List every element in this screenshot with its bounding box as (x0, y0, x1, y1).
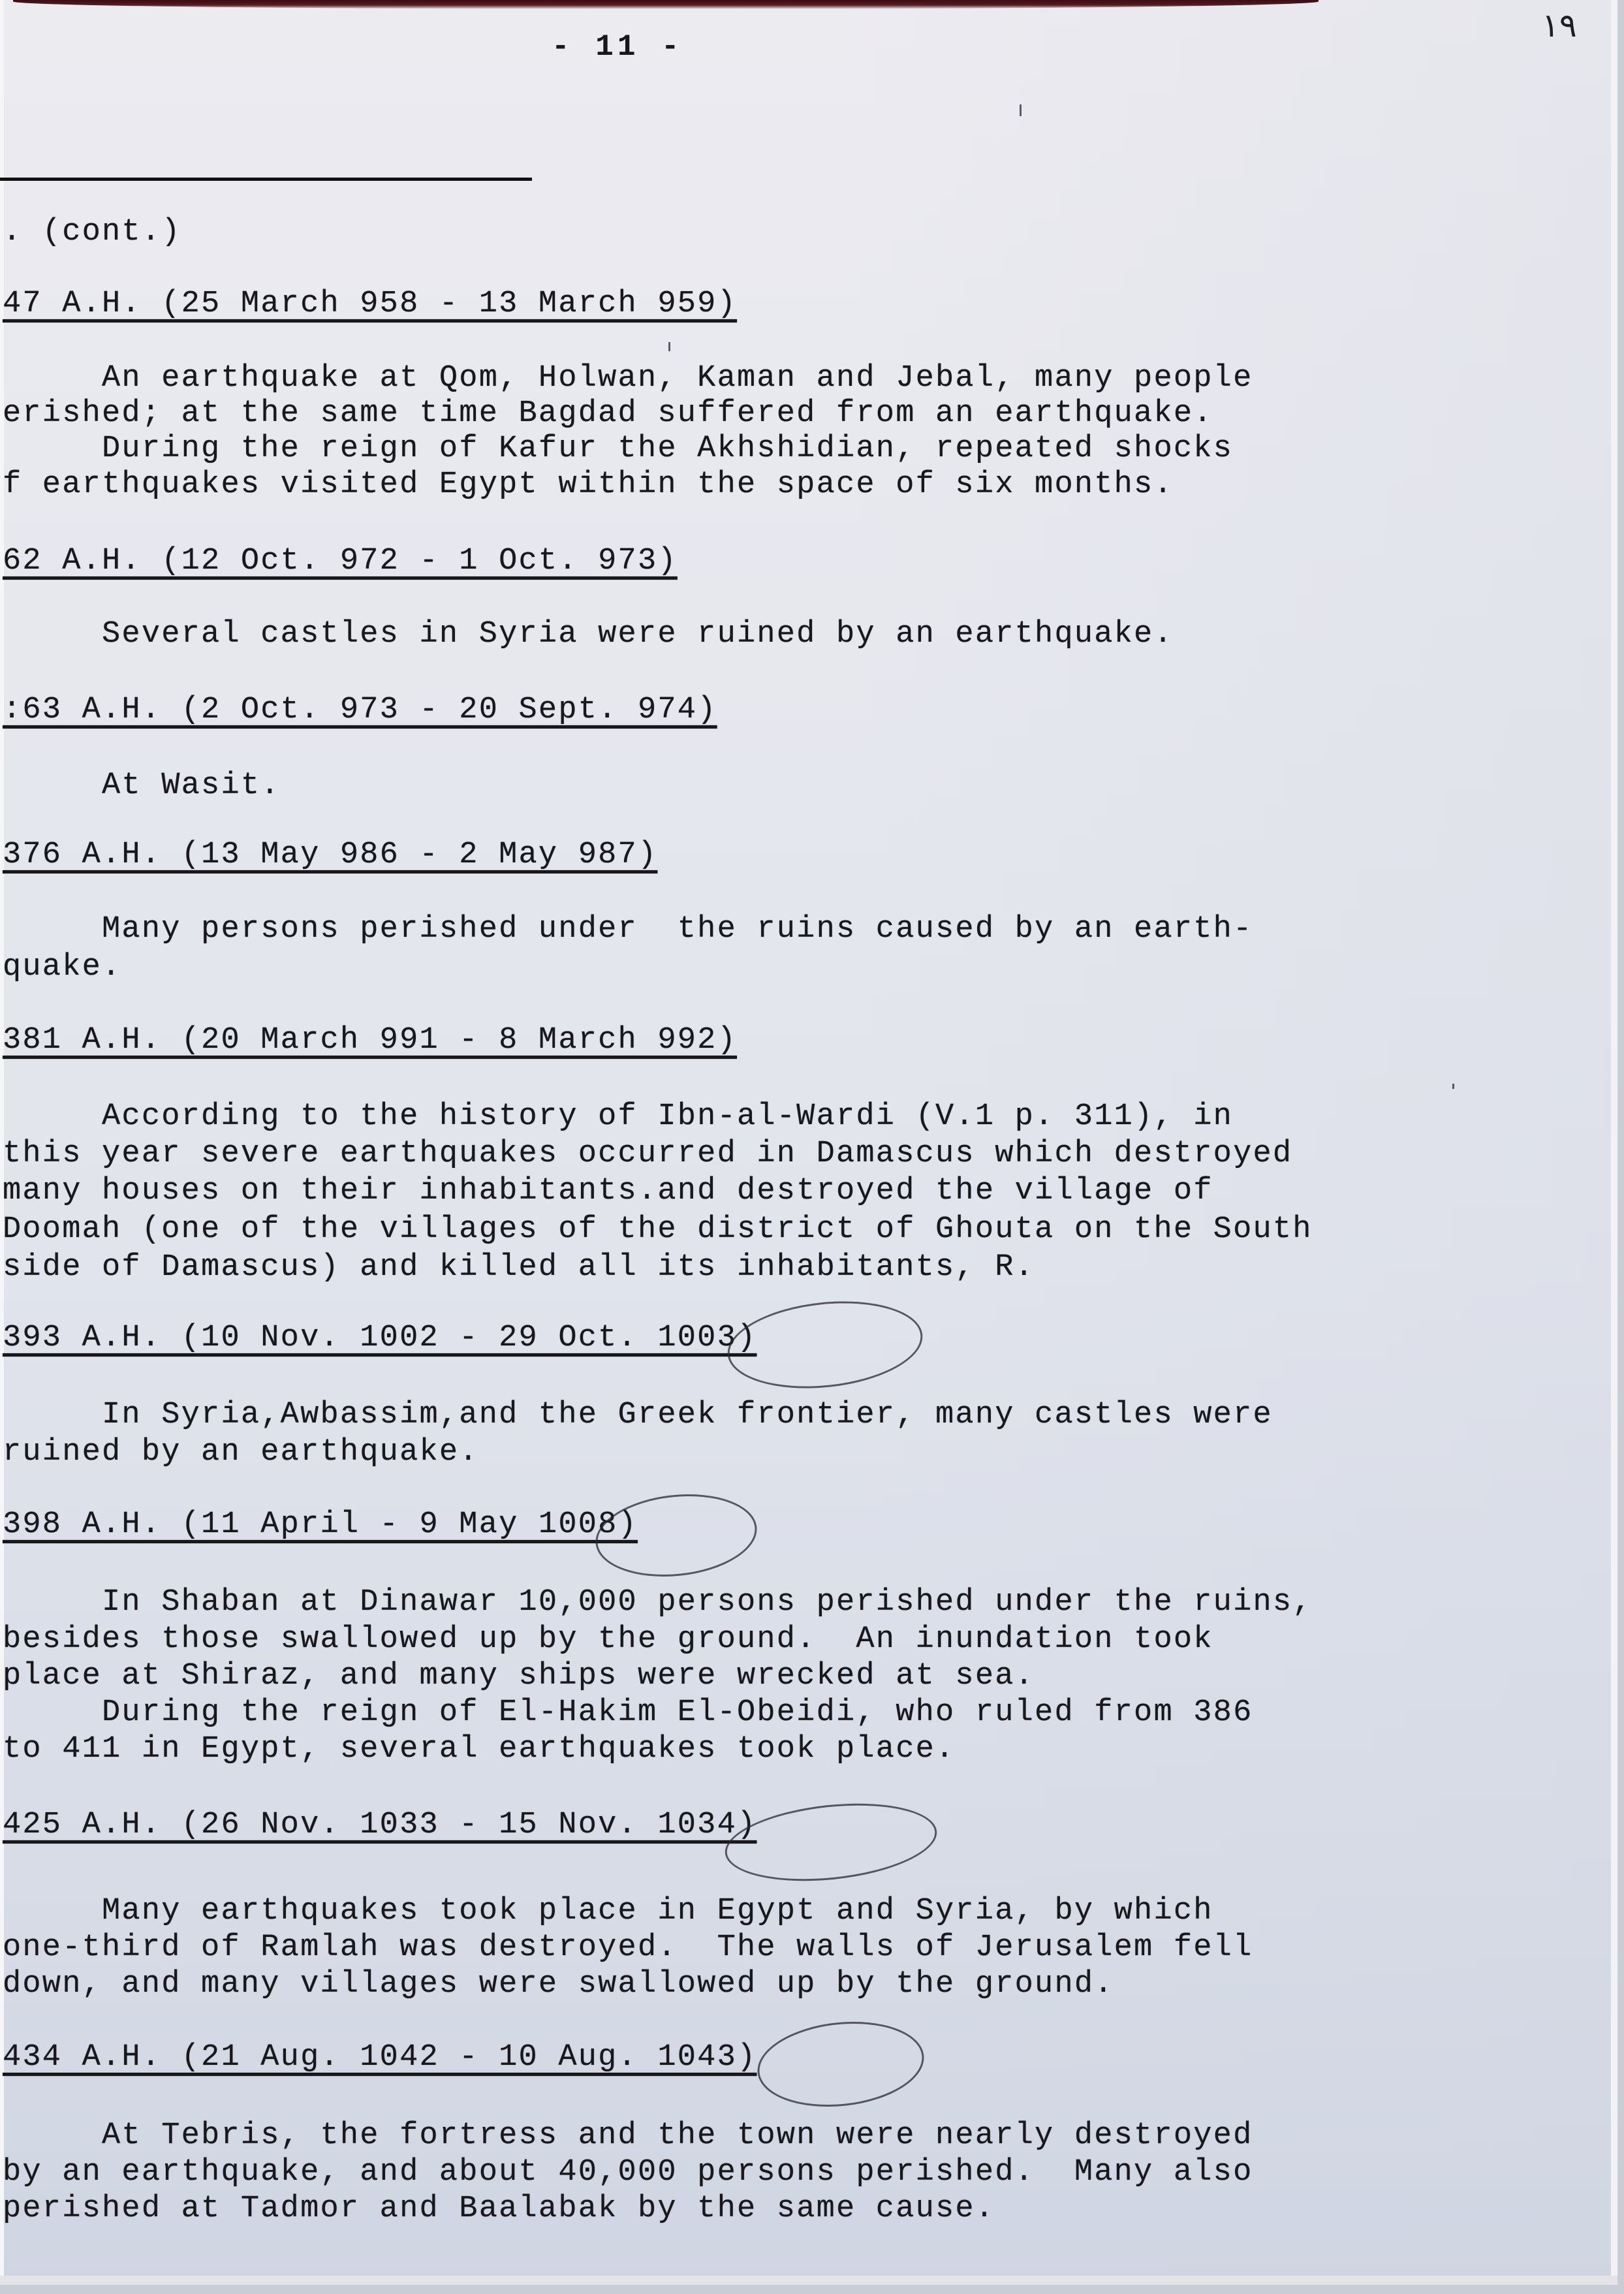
entry-heading: 393 A.H. (10 Nov. 1002 - 29 Oct. 1003) (3, 1320, 757, 1357)
entry-line: During the reign of El-Hakim El-Obeidi, … (3, 1695, 1253, 1731)
ink-speck (668, 342, 670, 351)
entry-line: perished at Tadmor and Baalabak by the s… (3, 2191, 995, 2227)
scanned-document-page: - 11 - ١٩ . (cont.) 47 A.H. (25 March 95… (0, 0, 1617, 2285)
entry-line: Many earthquakes took place in Egypt and… (3, 1893, 1213, 1930)
entry-line: ruined by an earthquake. (3, 1434, 479, 1471)
entry-line: place at Shiraz, and many ships were wre… (3, 1658, 1035, 1695)
entry-line: Several castles in Syria were ruined by … (3, 616, 1174, 653)
entry-heading: 381 A.H. (20 March 991 - 8 March 992) (3, 1022, 737, 1059)
entry-line: Many persons perished under the ruins ca… (3, 911, 1253, 948)
entry-line: erished; at the same time Bagdad suffere… (3, 396, 1213, 432)
section-rule (0, 178, 532, 181)
handwritten-page-number: ١٩ (1542, 7, 1577, 44)
entry-line: to 411 in Egypt, several earthquakes too… (3, 1731, 955, 1768)
entry-line: quake. (3, 949, 121, 986)
page-bottom-edge (0, 2276, 1617, 2285)
entry-heading: 47 A.H. (25 March 958 - 13 March 959) (3, 286, 737, 322)
entry-line: At Wasit. (3, 768, 281, 804)
entry-line: side of Damascus) and killed all its inh… (3, 1249, 1035, 1286)
entry-heading: :63 A.H. (2 Oct. 973 - 20 Sept. 974) (3, 692, 717, 729)
entry-line: f earthquakes visited Egypt within the s… (3, 467, 1174, 503)
entry-line: According to the history of Ibn-al-Wardi… (3, 1099, 1233, 1135)
entry-line: An earthquake at Qom, Holwan, Kaman and … (3, 360, 1253, 397)
entry-line: Doomah (one of the villages of the distr… (3, 1212, 1313, 1248)
entry-line: many houses on their inhabitants.and des… (3, 1173, 1213, 1210)
entry-heading: 434 A.H. (21 Aug. 1042 - 10 Aug. 1043) (3, 2039, 757, 2076)
entry-line: At Tebris, the fortress and the town wer… (3, 2118, 1253, 2154)
entry-line: by an earthquake, and about 40,000 perso… (3, 2154, 1253, 2191)
entry-line: one-third of Ramlah was destroyed. The w… (3, 1930, 1253, 1966)
ink-speck (1452, 1084, 1454, 1089)
handdrawn-circle (723, 1293, 927, 1398)
entry-line: In Syria,Awbassim,and the Greek frontier… (3, 1397, 1273, 1434)
page-top-edge-shadow (13, 0, 1319, 9)
handdrawn-circle (591, 1486, 761, 1584)
entry-line: down, and many villages were swallowed u… (3, 1966, 1114, 2003)
entry-heading: 425 A.H. (26 Nov. 1033 - 15 Nov. 1034) (3, 1807, 757, 1844)
entry-line: During the reign of Kafur the Akhshidian… (3, 431, 1233, 467)
entry-heading: 398 A.H. (11 April - 9 May 1008) (3, 1507, 638, 1543)
handdrawn-circle (753, 2014, 928, 2114)
entry-line: besides those swallowed up by the ground… (3, 1622, 1213, 1658)
entry-line: In Shaban at Dinawar 10,000 persons peri… (3, 1584, 1313, 1621)
entry-heading: 62 A.H. (12 Oct. 972 - 1 Oct. 973) (3, 543, 678, 580)
entry-line: this year severe earthquakes occurred in… (3, 1136, 1292, 1172)
page-number: - 11 - (552, 30, 683, 64)
page-right-edge (1611, 0, 1617, 2285)
entry-heading: 376 A.H. (13 May 986 - 2 May 987) (3, 837, 657, 873)
ink-speck (1020, 104, 1022, 116)
continuation-label: . (cont.) (3, 214, 181, 251)
